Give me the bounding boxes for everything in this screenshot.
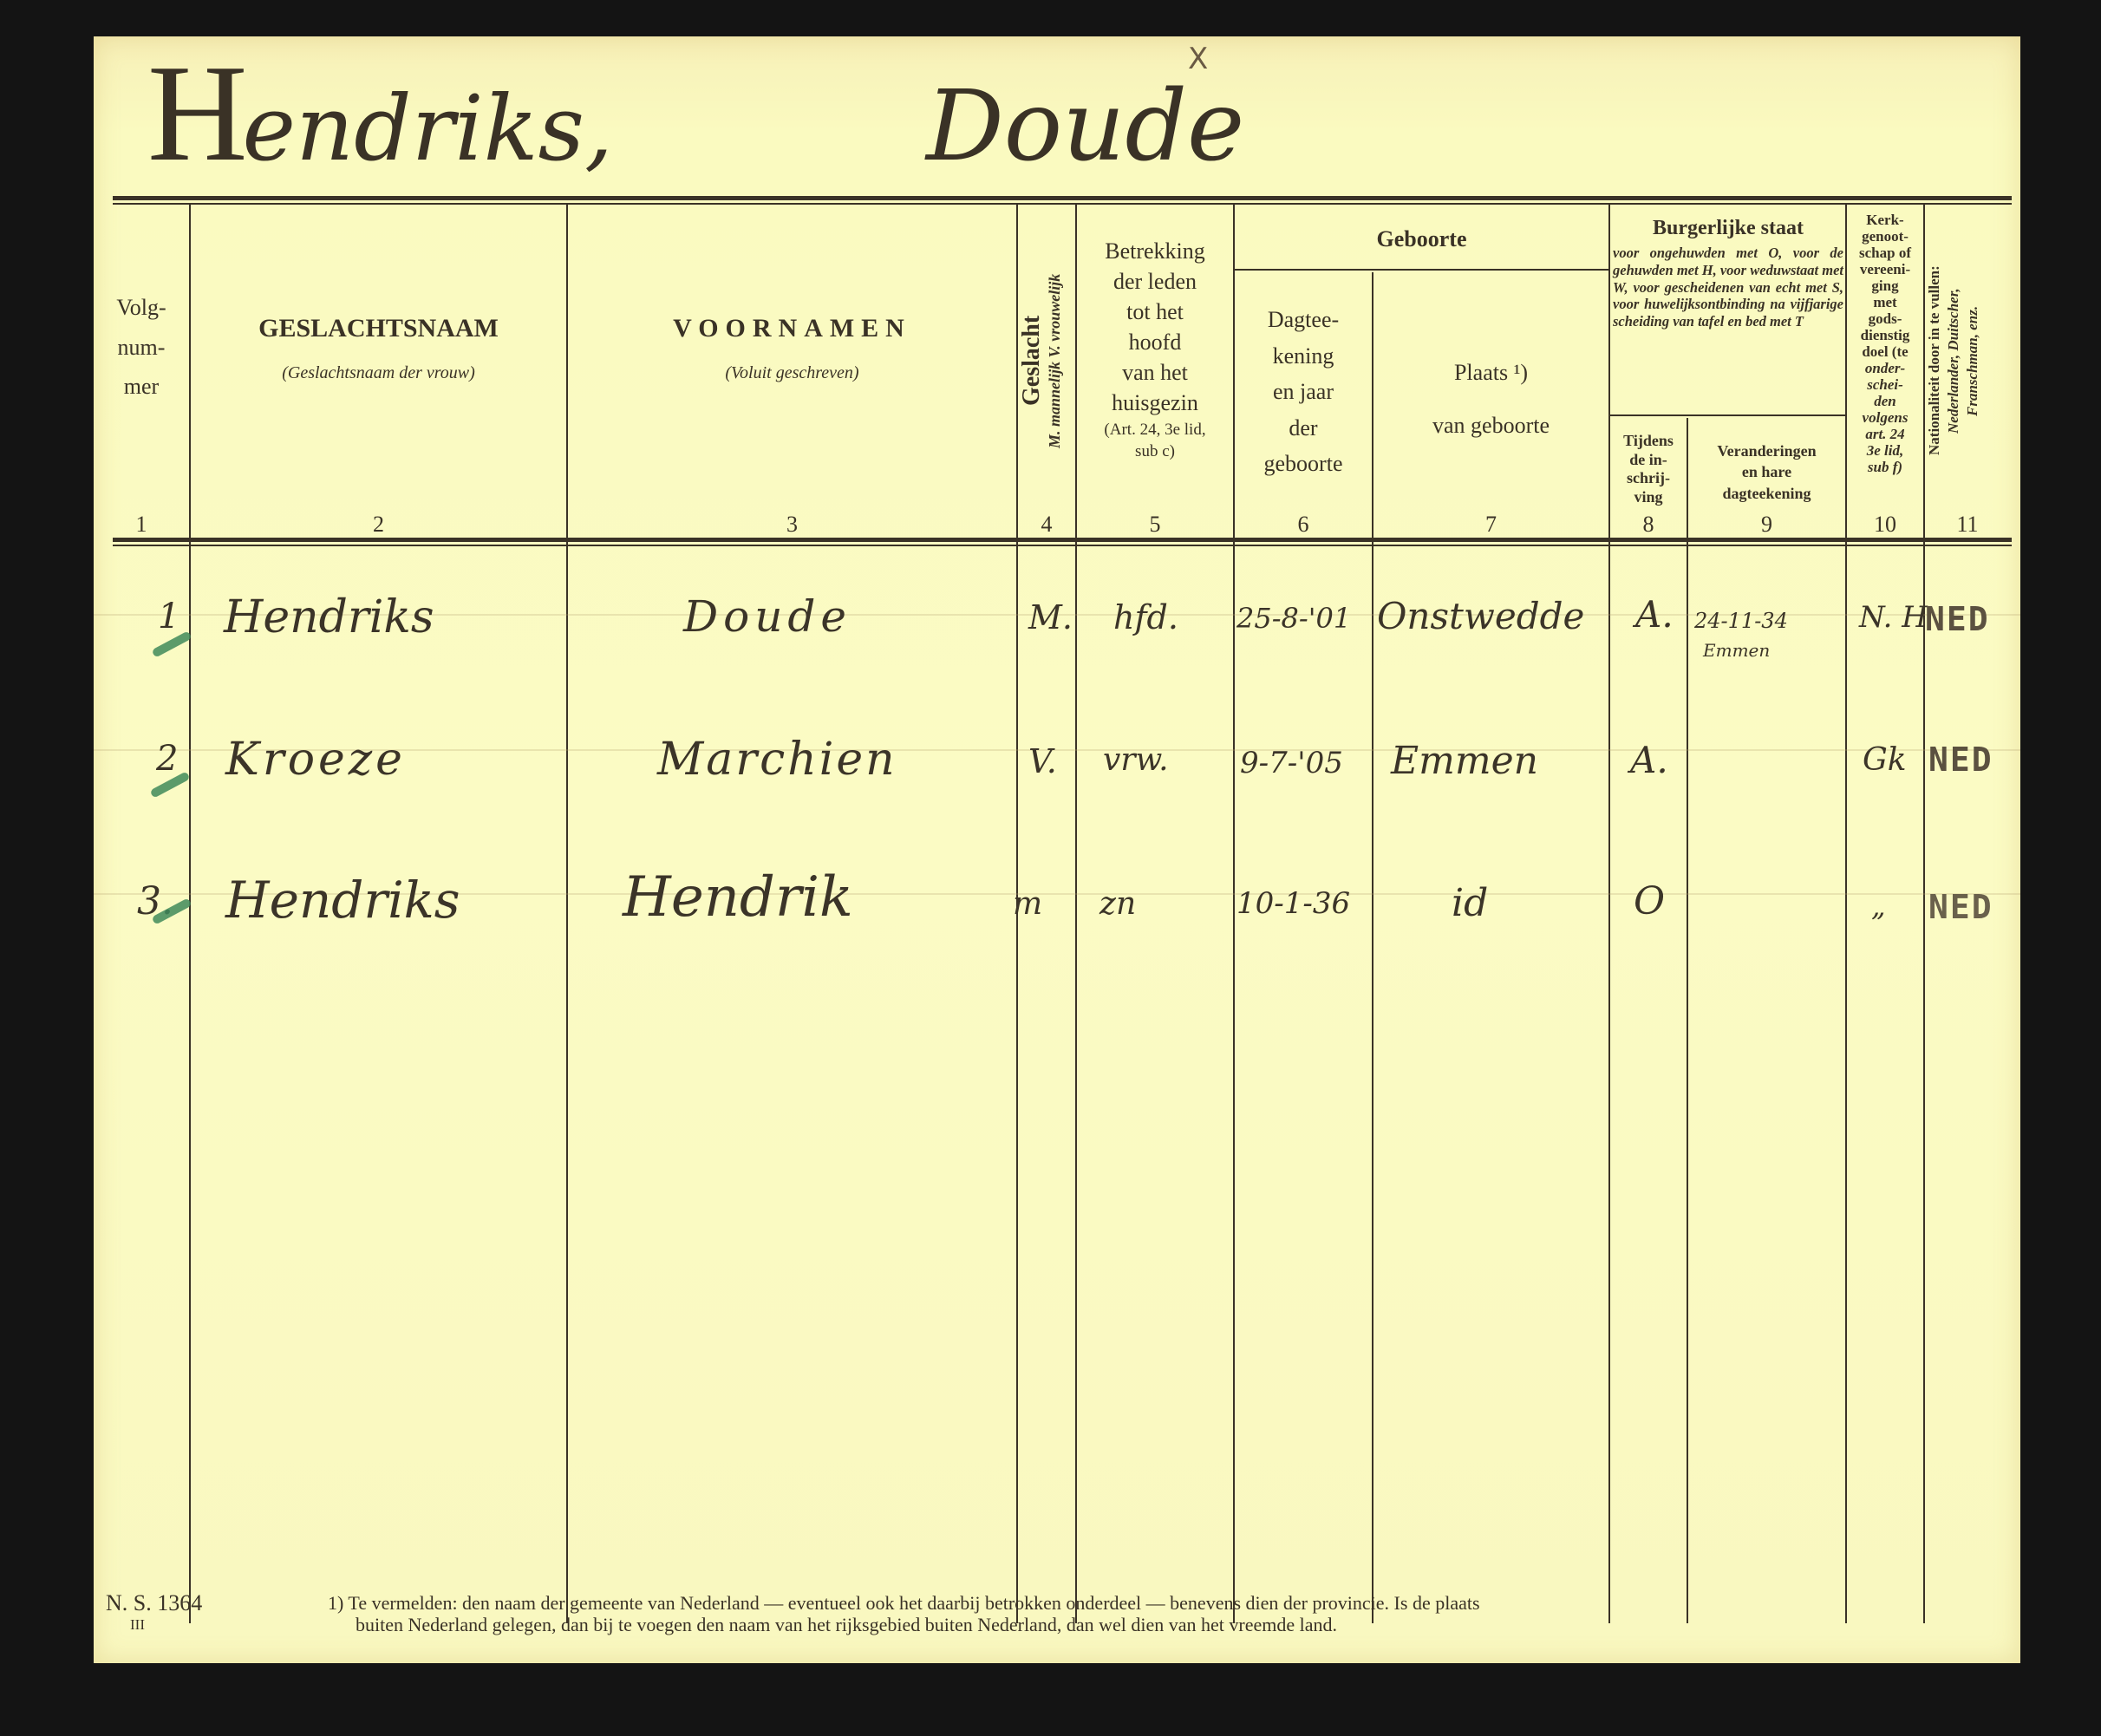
row-kerkgenootschap: N. H bbox=[1859, 600, 1928, 635]
geboorte-group-rule bbox=[1235, 269, 1608, 271]
header-geslacht: Geslacht M. mannelijk V. vrouwelijk bbox=[1018, 213, 1075, 508]
row-veranderingen: 24-11-34 bbox=[1694, 609, 1788, 633]
header-kerkgenootschap: Kerk- genoot- schap of vereeni- ging met… bbox=[1847, 212, 1923, 476]
row-geslacht: V. bbox=[1028, 742, 1057, 780]
header-top-rule-thin bbox=[113, 203, 2012, 205]
header-volgnummer: Volg- num- mer bbox=[94, 288, 189, 407]
col-number-9: 9 bbox=[1688, 512, 1845, 538]
header-tijdens-inschrijving: Tijdens de in- schrij- ving bbox=[1610, 432, 1687, 506]
row-geboorteplaats: Onstwedde bbox=[1377, 595, 1584, 637]
footnote: 1) Te vermelden: den naam der gemeente v… bbox=[328, 1592, 1906, 1636]
form-number: N. S. 1364 III bbox=[106, 1590, 202, 1633]
row-veranderingen-plaats: Emmen bbox=[1703, 640, 1770, 661]
row-geboorteplaats: id bbox=[1452, 881, 1488, 925]
col-divider-8 bbox=[1687, 418, 1688, 1623]
row-geslachtsnaam: Hendriks bbox=[225, 871, 460, 930]
header-geslachtsnaam: GESLACHTSNAAM (Geslachtsnaam der vrouw) bbox=[191, 312, 566, 384]
col-number-10: 10 bbox=[1847, 512, 1923, 538]
row-kerkgenootschap: Gk bbox=[1863, 742, 1907, 778]
burgerlijke-group-rule bbox=[1610, 414, 1845, 416]
header-top-rule bbox=[113, 196, 2012, 200]
header-nationaliteit: Nationaliteit door in te vullen: Nederla… bbox=[1925, 213, 2010, 508]
row-geslacht: m bbox=[1013, 886, 1042, 922]
row-staat-inschrijving: O bbox=[1634, 879, 1665, 923]
col-divider-6 bbox=[1372, 272, 1373, 1623]
row-voornamen: Doude bbox=[683, 591, 851, 642]
col-number-3: 3 bbox=[568, 512, 1016, 538]
row-geslachtsnaam: Hendriks bbox=[224, 591, 434, 643]
row-nationaliteit-stamp: NED bbox=[1928, 888, 1993, 926]
row-betrekking: vrw. bbox=[1103, 742, 1169, 778]
col-divider-1 bbox=[189, 205, 191, 1623]
card-title-surname: Hendriks, bbox=[147, 43, 613, 182]
col-number-5: 5 bbox=[1077, 512, 1233, 538]
row-geslachtsnaam: Kroeze bbox=[225, 734, 406, 786]
surname-rest: endriks, bbox=[243, 75, 614, 181]
header-veranderingen: Veranderingen en hare dagteekening bbox=[1688, 441, 1845, 504]
row-geboortedatum: 25-8-'01 bbox=[1236, 602, 1351, 635]
col-number-1: 1 bbox=[94, 512, 189, 538]
header-dagteekening: Dagtee- kening en jaar der geboorte bbox=[1235, 302, 1372, 482]
col-number-7: 7 bbox=[1373, 512, 1608, 538]
row-staat-inschrijving: A. bbox=[1635, 593, 1674, 636]
header-voornamen: VOORNAMEN (Voluit geschreven) bbox=[568, 312, 1016, 384]
row-geslacht: M. bbox=[1028, 598, 1073, 636]
population-register-card: Hendriks, Doude X Volg- num- mer GESLACH… bbox=[94, 36, 2020, 1663]
col-number-8: 8 bbox=[1610, 512, 1687, 538]
row-geboortedatum: 9-7-'05 bbox=[1240, 746, 1343, 780]
header-betrekking: Betrekking der leden tot het hoofd van h… bbox=[1077, 236, 1233, 463]
row-staat-inschrijving: A. bbox=[1630, 739, 1668, 781]
row-volgnummer: 1 bbox=[158, 597, 179, 636]
col-number-4: 4 bbox=[1018, 512, 1075, 538]
row-volgnummer: 2 bbox=[156, 739, 178, 779]
header-geboorte-group: Geboorte bbox=[1235, 225, 1608, 254]
header-bottom-rule-thin bbox=[113, 545, 2012, 546]
header-bottom-rule bbox=[113, 538, 2012, 542]
surname-initial: H bbox=[147, 36, 243, 190]
row-voornamen: Hendrik bbox=[623, 865, 853, 930]
row-geboortedatum: 10-1-36 bbox=[1236, 886, 1350, 921]
col-number-6: 6 bbox=[1235, 512, 1372, 538]
col-number-11: 11 bbox=[1925, 512, 2010, 538]
col-divider-2 bbox=[566, 205, 568, 1623]
card-title-given-name: Doude bbox=[926, 78, 1244, 175]
row-nationaliteit-stamp: NED bbox=[1925, 600, 1990, 638]
row-betrekking: zn bbox=[1099, 886, 1136, 922]
header-burgerlijke-staat: Burgerlijke staat voor ongehuwden met O,… bbox=[1613, 215, 1843, 330]
row-geboorteplaats: Emmen bbox=[1391, 739, 1538, 783]
col-divider-7 bbox=[1608, 205, 1610, 1623]
row-nationaliteit-stamp: NED bbox=[1928, 741, 1993, 779]
row-kerkgenootschap: „ bbox=[1871, 890, 1886, 923]
corner-mark: X bbox=[1188, 42, 1208, 76]
row-betrekking: hfd. bbox=[1113, 598, 1178, 636]
col-number-2: 2 bbox=[191, 512, 566, 538]
row-voornamen: Marchien bbox=[657, 734, 897, 786]
header-plaats: Plaats ¹) van geboorte bbox=[1373, 359, 1608, 440]
